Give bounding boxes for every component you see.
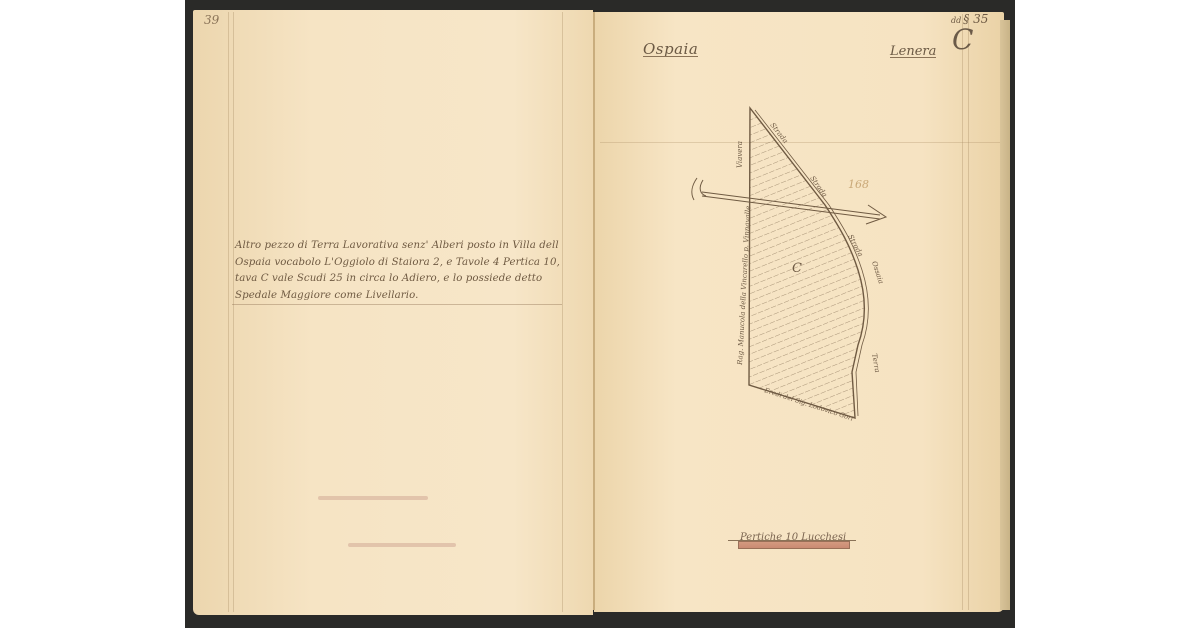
parcel-letter: C	[792, 261, 802, 276]
parcel-polygon	[749, 108, 864, 418]
label-east-lower: Terra	[870, 353, 881, 373]
label-north-west: Viavera	[736, 141, 744, 168]
label-east-middle: Ossaia	[870, 260, 885, 285]
number-annotation: 168	[848, 178, 869, 191]
parcel-map: Viavera Strada Strada Strada Ossaia Terr…	[0, 0, 1200, 628]
scale-bar	[738, 541, 850, 549]
